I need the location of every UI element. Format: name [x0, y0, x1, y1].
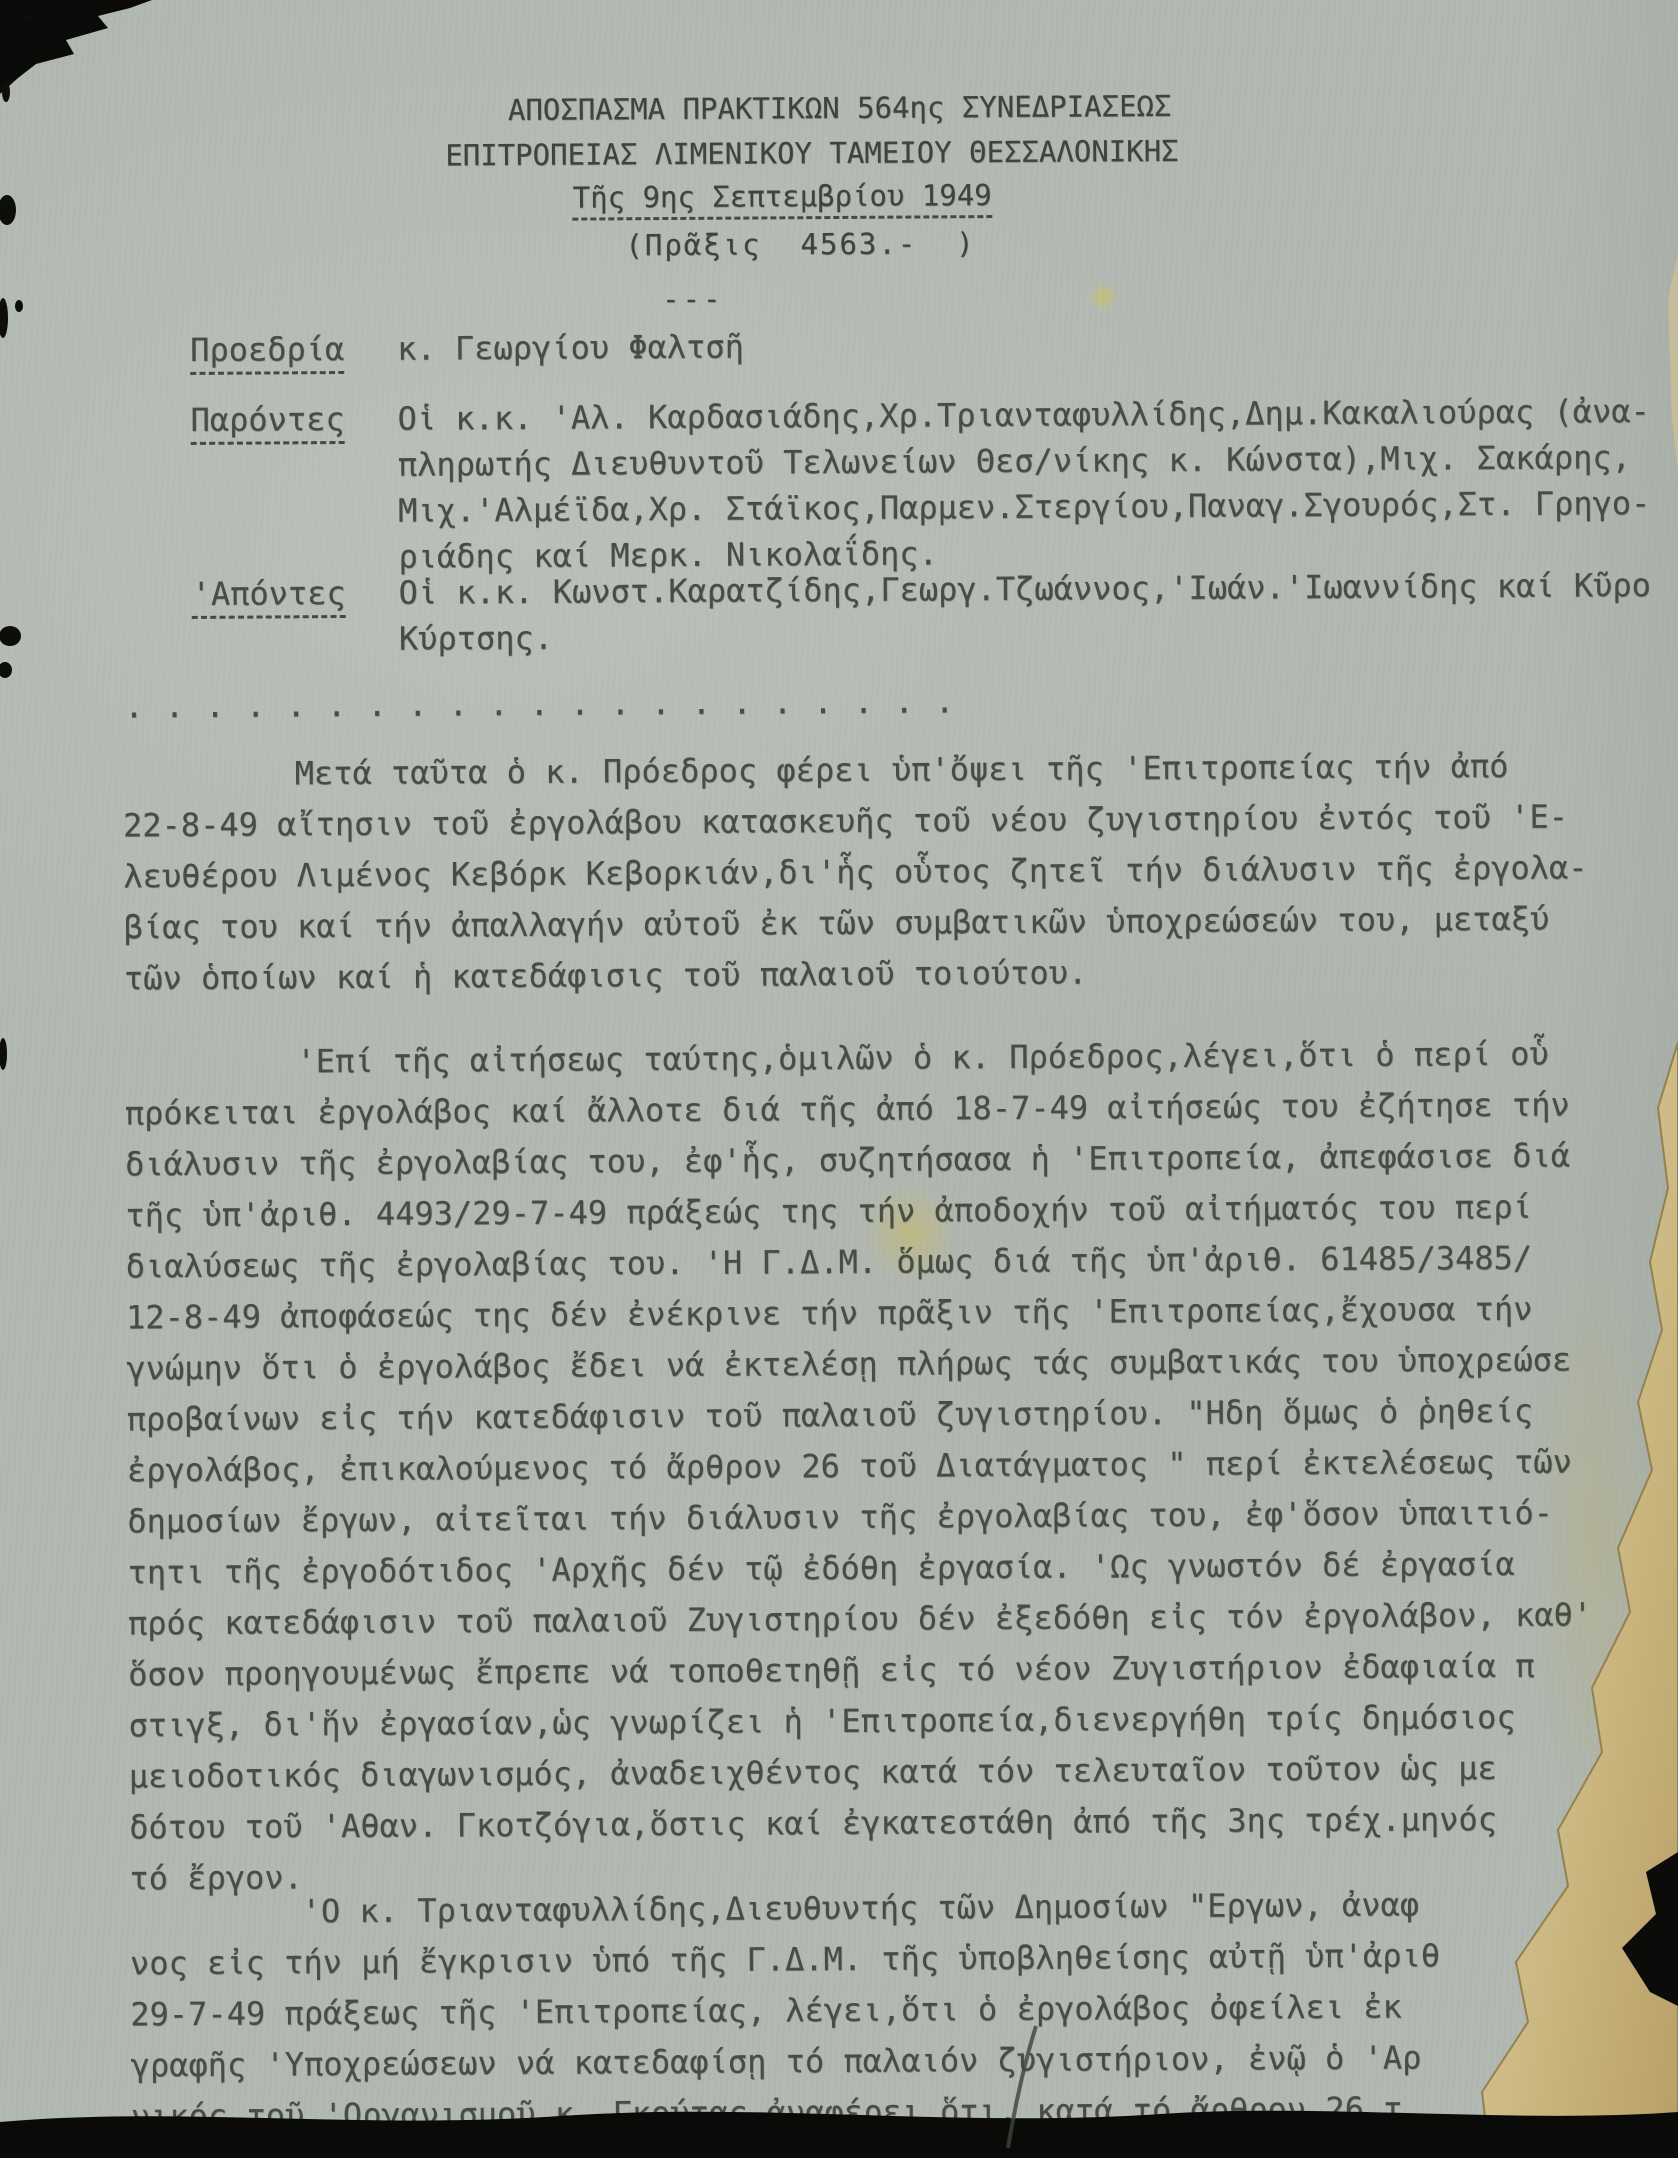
paragraph-line: ἐργολάβος, ἐπικαλούμενος τό ἄρθρον 26 το… — [127, 1436, 1678, 1497]
paragraph-line: νος εἰς τήν μή ἔγκρισιν ὑπό τῆς Γ.Δ.Μ. τ… — [130, 1929, 1678, 1990]
paragraph-line: πρός κατεδάφισιν τοῦ παλαιοῦ Ζυγιστηρίου… — [128, 1589, 1678, 1650]
present-line: Μιχ.'Αλμέϊδα,Χρ. Στάϊκος,Παρμεν.Στεργίου… — [398, 480, 1678, 534]
paragraph-line: πρόκειται ἐργολάβος καί ἄλλοτε διά τῆς ἀ… — [125, 1079, 1678, 1140]
dots-separator: . . . . . . . . . . . . . . . . . . . . … — [124, 682, 955, 725]
presidency-label: Προεδρία — [190, 330, 344, 375]
typed-content: ΑΠΟΣΠΑΣΜΑ ΠΡΑΚΤΙΚΩΝ 564ης ΣΥΝΕΔΡΙΑΣΕΩΣ Ε… — [0, 0, 1678, 2158]
presidency-value: κ. Γεωργίου Φαλτσῆ — [397, 318, 1678, 372]
paragraph-line: δότου τοῦ 'Αθαν. Γκοτζόγια,ὅστις καί ἐγκ… — [129, 1793, 1678, 1854]
paragraph-2: 'Επί τῆς αἰτήσεως ταύτης,ὁμιλῶν ὁ κ. Πρό… — [124, 1028, 1678, 1905]
paragraph-line: στιγξ, δι'ἥν ἐργασίαν,ὡς γνωρίζει ἡ 'Επι… — [128, 1691, 1678, 1752]
paragraph-line: νικός τοῦ 'Οργανισμοῦ κ. Γκούτας ἀναφέρε… — [131, 2082, 1678, 2143]
paragraph-line: προβαίνων εἰς τήν κατεδάφισιν τοῦ παλαιο… — [127, 1385, 1678, 1446]
presidency-row: Προεδρία κ. Γεωργίου Φαλτσῆ — [190, 318, 1678, 373]
paragraph-line: λευθέρου Λιμένος Κεβόρκ Κεβορκιάν,δι'ἧς … — [123, 842, 1678, 903]
paragraph-line: διαλύσεως τῆς ἐργολαβίας του. 'Η Γ.Δ.Μ. … — [126, 1232, 1678, 1293]
paragraph-line: 29-7-49 πράξεως τῆς 'Επιτροπείας, λέγει,… — [130, 1980, 1678, 2041]
paragraph-1: Μετά ταῦτα ὁ κ. Πρόεδρος φέρει ὑπ'ὄψει τ… — [123, 740, 1678, 1005]
paragraph-line: γνώμην ὅτι ὁ ἐργολάβος ἔδει νά ἐκτελέσῃ … — [126, 1334, 1678, 1395]
present-line: Οἱ κ.κ. 'Αλ. Καρδασιάδης,Χρ.Τριανταφυλλί… — [397, 388, 1678, 442]
paragraph-line: 'Ο κ. Τριανταφυλλίδης,Διευθυντής τῶν Δημ… — [130, 1878, 1678, 1939]
paragraph-line: δημοσίων ἔργων, αἰτεῖται τήν διάλυσιν τῆ… — [127, 1487, 1678, 1548]
paragraph-line: Μετά ταῦτα ὁ κ. Πρόεδρος φέρει ὑπ'ὄψει τ… — [123, 740, 1678, 801]
paragraph-line: βίας του καί τήν ἀπαλλαγήν αὐτοῦ ἐκ τῶν … — [124, 893, 1678, 954]
scanned-document: ΑΠΟΣΠΑΣΜΑ ΠΡΑΚΤΙΚΩΝ 564ης ΣΥΝΕΔΡΙΑΣΕΩΣ Ε… — [0, 0, 1678, 2158]
present-line: πληρωτής Διευθυντοῦ Τελωνείων Θεσ/νίκης … — [398, 434, 1678, 488]
paragraph-line: ὅσον προηγουμένως ἔπρεπε νά τοποθετηθῇ ε… — [128, 1640, 1678, 1701]
absent-line: Κύρτσης. — [399, 608, 1678, 662]
meeting-date: Τῆς 9ης Σεπτεμβρίου 1949 — [573, 178, 992, 221]
absent-members-row: 'Απόντες Οἱ κ.κ. Κωνστ.Καρατζίδης,Γεωργ.… — [191, 562, 1678, 663]
paragraph-line: 22-8-49 αἴτησιν τοῦ ἐργολάβου κατασκευῆς… — [123, 791, 1678, 852]
paragraph-line: γραφῆς 'Υποχρεώσεων νά κατεδαφίσῃ τό παλ… — [130, 2031, 1678, 2092]
paragraph-line: 'Επί τῆς αἰτήσεως ταύτης,ὁμιλῶν ὁ κ. Πρό… — [124, 1028, 1678, 1089]
present-label: Παρόντες — [190, 400, 344, 445]
paragraph-line: τῶν ὁποίων καί ἡ κατεδάφισις τοῦ παλαιοῦ… — [124, 944, 1678, 1005]
meeting-date-line: Τῆς 9ης Σεπτεμβρίου 1949 — [0, 174, 1621, 218]
header-title-line-1: ΑΠΟΣΠΑΣΜΑ ΠΡΑΚΤΙΚΩΝ 564ης ΣΥΝΕΔΡΙΑΣΕΩΣ — [1, 86, 1678, 130]
paragraph-line: μειοδοτικός διαγωνισμός, ἀναδειχθέντος κ… — [129, 1742, 1678, 1803]
absent-line: Οἱ κ.κ. Κωνστ.Καρατζίδης,Γεωργ.Τζωάννος,… — [398, 562, 1678, 616]
paragraph-line: 12-8-49 ἀποφάσεώς της δέν ἐνέκρινε τήν π… — [126, 1283, 1678, 1344]
paragraph-line: τητι τῆς ἐργοδότιδος 'Αρχῆς δέν τῷ ἐδόθη… — [127, 1538, 1678, 1599]
paragraph-line: τῆς ὑπ'ἀριθ. 4493/29-7-49 πράξεώς της τή… — [125, 1181, 1678, 1242]
absent-label: 'Απόντες — [192, 574, 346, 619]
praxis-number-line: (Πρᾶξις 4563.- ) — [0, 222, 1640, 266]
present-members-row: Παρόντες Οἱ κ.κ. 'Αλ. Καρδασιάδης,Χρ.Τρι… — [190, 388, 1678, 581]
document-paper: ΑΠΟΣΠΑΣΜΑ ΠΡΑΚΤΙΚΩΝ 564ης ΣΥΝΕΔΡΙΑΣΕΩΣ Ε… — [0, 0, 1678, 2158]
paragraph-3: 'Ο κ. Τριανταφυλλίδης,Διευθυντής τῶν Δημ… — [130, 1878, 1678, 2143]
paragraph-line: διάλυσιν τῆς ἐργολαβίας του, ἐφ'ἧς, συζη… — [125, 1130, 1678, 1191]
header-dash: --- — [0, 277, 1532, 321]
header-title-line-2: ΕΠΙΤΡΟΠΕΙΑΣ ΛΙΜΕΝΙΚΟΥ ΤΑΜΕΙΟΥ ΘΕΣΣΑΛΟΝΙΚ… — [0, 131, 1651, 175]
